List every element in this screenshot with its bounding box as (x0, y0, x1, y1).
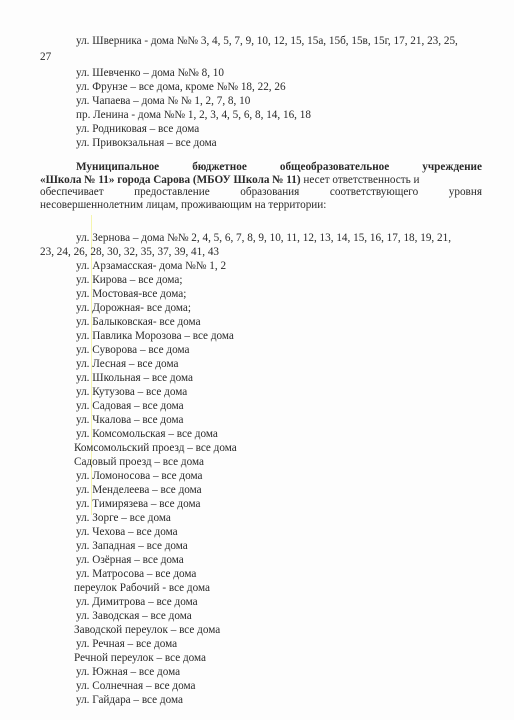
address-line: Садовый проезд – все дома (74, 456, 204, 469)
address-line: ул. Солнечная – все дома (76, 680, 195, 693)
address-line: ул. Лесная – все дома (76, 358, 178, 371)
address-line: ул. Ломоносова – все дома (76, 470, 202, 483)
address-line: ул. Кирова – все дома; (76, 274, 182, 287)
address-line: ул. Кутузова – все дома (76, 386, 187, 399)
address-line: ул. Балыковская- все дома (76, 316, 201, 329)
address-line: Речной переулок – все дома (74, 652, 206, 665)
paragraph-row: «Школа № 11» города Сарова (МБОУ Школа №… (40, 174, 482, 187)
address-line: ул. Комсомольская – все дома (76, 428, 218, 441)
address-line-continuation: 23, 24, 26, 28, 30, 32, 35, 37, 39, 41, … (40, 246, 219, 259)
address-line: ул. Привокзальная – все дома (76, 137, 217, 150)
address-line: ул. Садовая – все дома (76, 400, 184, 413)
address-line: пр. Ленина - дома №№ 1, 2, 3, 4, 5, 6, 8… (76, 109, 311, 122)
address-line: ул. Шверника - дома №№ 3, 4, 5, 7, 9, 10… (76, 35, 458, 48)
address-line: ул. Арзамасская- дома №№ 1, 2 (76, 260, 226, 273)
address-line: ул. Речная – все дома (76, 638, 177, 651)
address-line: Заводской переулок – все дома (74, 624, 220, 637)
address-line: ул. Родниковая – все дома (76, 123, 199, 136)
school-name: «Школа № 11» города Сарова (МБОУ Школа №… (40, 174, 301, 186)
address-line: ул. Зорге – все дома (76, 512, 171, 525)
paragraph-row: обеспечивает предоставление образования … (40, 186, 482, 199)
address-line: ул. Мостовая-все дома; (76, 288, 186, 301)
address-line: ул. Шевченко – дома №№ 8, 10 (76, 67, 224, 80)
address-line: переулок Рабочий - все дома (74, 582, 210, 595)
address-line: ул. Зернова – дома №№ 2, 4, 5, 6, 7, 8, … (76, 232, 451, 245)
address-line: ул. Чапаева – дома № № 1, 2, 7, 8, 10 (76, 95, 250, 108)
address-line: ул. Южная – все дома (76, 666, 180, 679)
paragraph-row: несовершеннолетним лицам, проживающим на… (40, 199, 482, 212)
address-line: ул. Матросова – все дома (76, 568, 196, 581)
paragraph-row: Муниципальное бюджетное общеобразователь… (40, 161, 482, 174)
address-line: ул. Озёрная – все дома (76, 554, 184, 567)
address-line: ул. Менделеева – все дома (76, 484, 202, 497)
responsibility-paragraph: Муниципальное бюджетное общеобразователь… (40, 161, 482, 211)
address-line: Комсомольский проезд – все дома (74, 442, 237, 455)
address-line: ул. Тимирязева – все дома (76, 498, 200, 511)
address-line: ул. Фрунзе – все дома, кроме №№ 18, 22, … (76, 81, 286, 94)
address-line-continuation: 27 (40, 51, 51, 64)
address-line: ул. Суворова – все дома (76, 344, 189, 357)
address-line: ул. Школьная – все дома (76, 372, 193, 385)
address-line: ул. Димитрова – все дома (76, 596, 198, 609)
document-page: ул. Шверника - дома №№ 3, 4, 5, 7, 9, 10… (0, 0, 514, 720)
address-line: ул. Павлика Морозова – все дома (76, 330, 234, 343)
address-line: ул. Гайдара – все дома (76, 694, 183, 707)
address-line: ул. Чехова – все дома (76, 526, 178, 539)
address-line: ул. Западная – все дома (76, 540, 188, 553)
address-line: ул. Чкалова – все дома (76, 414, 183, 427)
address-line: ул. Дорожная- все дома; (76, 302, 191, 315)
address-line: ул. Заводская – все дома (76, 610, 192, 623)
